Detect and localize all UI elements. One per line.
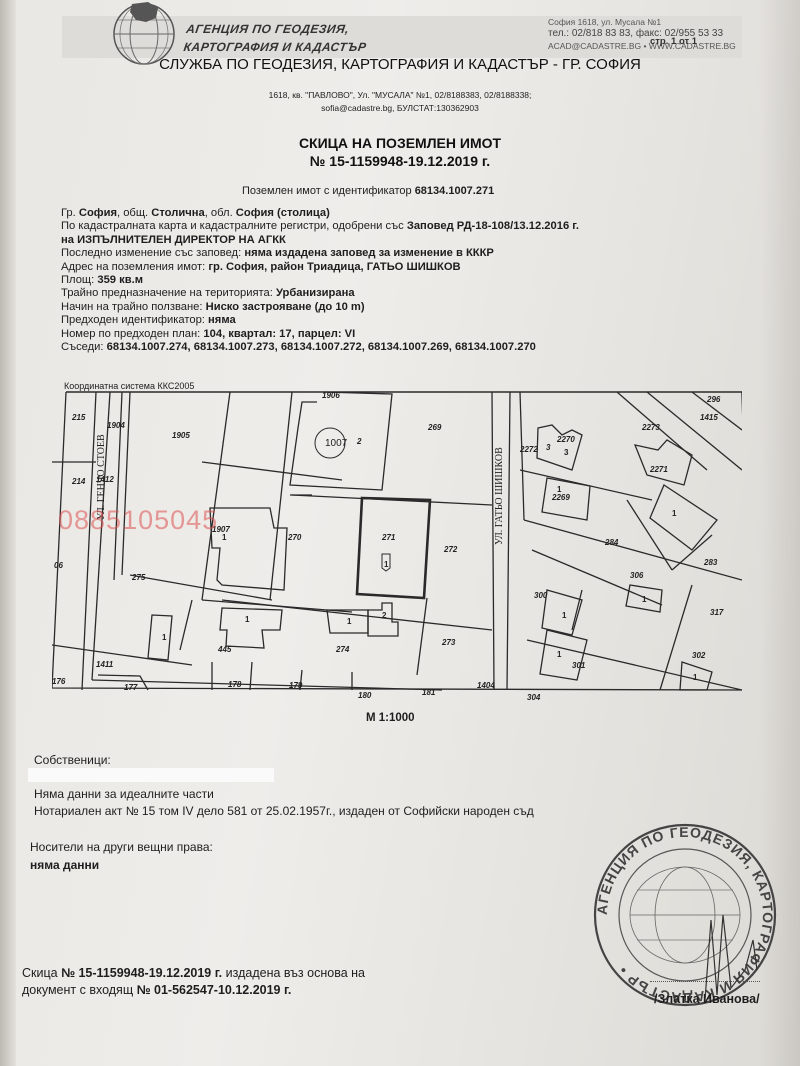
building-label: 3 — [564, 448, 569, 457]
address-row: Адрес на поземления имот: гр. София, рай… — [61, 261, 781, 274]
parcel-label: 272 — [443, 545, 458, 554]
identifier-value: 68134.1007.271 — [415, 185, 495, 197]
footer-line-2: документ с входящ № 01-562547-10.12.2019… — [22, 982, 365, 999]
building-label: 1 — [222, 533, 227, 542]
neighbors-row: Съседи: 68134.1007.274, 68134.1007.273, … — [61, 341, 781, 354]
document-title: СКИЦА НА ПОЗЕМЛЕН ИМОТ № 15-1159948-19.1… — [0, 134, 800, 170]
neighbors-list: 68134.1007.274, 68134.1007.273, 68134.10… — [107, 341, 536, 353]
parcel-label: 2271 — [649, 465, 668, 474]
parcel-label: 2270 — [556, 435, 575, 444]
contact-email-web: ACAD@CADASTRE.BG • WWW.CADASTRE.BG — [548, 40, 736, 52]
building-label: 1 — [672, 509, 677, 518]
agency-line-1: АГЕНЦИЯ ПО ГЕОДЕЗИЯ, — [185, 20, 370, 38]
building-label: 1 — [693, 673, 698, 682]
area-row: Площ: 359 кв.м — [61, 274, 781, 287]
phone-watermark: 0885105045 — [58, 505, 218, 536]
signature-line — [650, 981, 760, 982]
parcel-label: 1415 — [700, 413, 718, 422]
parcel-label: 2 — [356, 437, 362, 446]
other-rights-label: Носители на други вещни права: — [30, 838, 213, 856]
parcel-label: 306 — [630, 571, 644, 580]
page-indicator: стр. 1 от 1 — [650, 36, 697, 47]
street-label-right: УЛ. ГАТЬО ШИШКОВ — [494, 447, 505, 545]
building-label: 2 — [382, 611, 387, 620]
other-rights-value: няма данни — [30, 858, 99, 872]
map-scale: М 1:1000 — [366, 712, 415, 724]
footer-line-1: Скица № 15-1159948-19.12.2019 г. издаден… — [22, 965, 365, 982]
parcel-label: 1404 — [477, 681, 495, 690]
property-details: Гр. София, общ. Столична, обл. София (ст… — [61, 207, 781, 354]
owners-section: Собственици: Няма данни за идеалните час… — [34, 752, 534, 820]
location-row: Гр. София, общ. Столична, обл. София (ст… — [61, 207, 781, 220]
document-number: № 15-1159948-19.12.2019 г. — [0, 152, 800, 170]
parcel-label: 271 — [381, 533, 396, 542]
previous-plan-row: Номер по предходен план: 104, квартал: 1… — [61, 328, 781, 341]
parcel-label: 1904 — [107, 421, 125, 430]
redacted-owner-name — [28, 768, 274, 782]
owners-shares: Няма данни за идеалните части — [34, 786, 534, 803]
parcel-label: 214 — [71, 477, 86, 486]
other-rights-section: Носители на други вещни права: няма данн… — [30, 838, 213, 874]
building-label: 1 — [557, 485, 562, 494]
identifier-label: Поземлен имот с идентификатор — [242, 185, 412, 197]
parcel-label: 06 — [54, 561, 63, 570]
parcel-label: 274 — [335, 645, 350, 654]
parcel-label: 3 — [546, 443, 551, 452]
building-label: 1 — [245, 615, 250, 624]
parcel-label: 269 — [427, 423, 442, 432]
approval-authority-row: на ИЗПЪЛНИТЕЛЕН ДИРЕКТОР НА АГКК — [61, 234, 781, 247]
previous-identifier-row: Предходен идентификатор: няма — [61, 314, 781, 327]
parcel-label: 300 — [534, 591, 548, 600]
parcel-label: 176 — [52, 677, 66, 686]
parcel-label: 273 — [441, 638, 456, 647]
block-label: 1007 — [325, 438, 348, 449]
parcel-label: 181 — [422, 688, 436, 697]
parcel-label: 275 — [131, 573, 146, 582]
parcel-label: 180 — [358, 691, 372, 700]
parcel-label: 301 — [572, 661, 586, 670]
agency-line-2: КАРТОГРАФИЯ И КАДАСТЪР — [182, 38, 367, 56]
parcel-label: 1906 — [322, 391, 340, 400]
footer-note: Скица № 15-1159948-19.12.2019 г. издаден… — [22, 965, 365, 999]
service-address-line-1: 1618, кв. "ПАВЛОВО", Ул. "МУСАЛА" №1, 02… — [0, 89, 800, 102]
signer-name: /Златка Иванова/ — [654, 992, 760, 1006]
parcel-label: 178 — [228, 680, 242, 689]
parcel-label: 304 — [527, 693, 541, 702]
owners-deed: Нотариален акт № 15 том IV дело 581 от 2… — [34, 803, 534, 820]
purpose-row: Трайно предназначение на територията: Ур… — [61, 287, 781, 300]
property-identifier: Поземлен имот с идентификатор 68134.1007… — [242, 185, 494, 197]
building-label: 1 — [384, 560, 389, 569]
last-change-row: Последно изменение със заповед: няма изд… — [61, 247, 781, 260]
parcel-label: 283 — [703, 558, 718, 567]
parcel-label: 1905 — [172, 431, 190, 440]
cadastral-map: 2151904190519062141412190727027127226922… — [52, 390, 742, 710]
contact-address: София 1618, ул. Мусала №1 — [548, 16, 736, 28]
document-title-text: СКИЦА НА ПОЗЕМЛЕН ИМОТ — [0, 134, 800, 152]
parcel-label: 215 — [71, 413, 86, 422]
parcel-label: 296 — [706, 395, 721, 404]
parcel-label: 284 — [604, 538, 619, 547]
parcel-label: 302 — [692, 651, 706, 660]
service-address-line-2: sofia@cadastre.bg, БУЛСТАТ:130362903 — [0, 102, 800, 115]
service-name: СЛУЖБА ПО ГЕОДЕЗИЯ, КАРТОГРАФИЯ И КАДАСТ… — [0, 56, 800, 73]
parcel-label: 1411 — [96, 660, 114, 669]
parcel-label: 2272 — [519, 445, 538, 454]
agency-name: АГЕНЦИЯ ПО ГЕОДЕЗИЯ, КАРТОГРАФИЯ И КАДАС… — [182, 20, 370, 56]
owners-label: Собственици: — [34, 752, 534, 769]
usage-row: Начин на трайно ползване: Ниско застрояв… — [61, 301, 781, 314]
parcel-label: 445 — [217, 645, 232, 654]
building-label: 1 — [347, 617, 352, 626]
contact-phone: тел.: 02/818 83 83, факс: 02/955 53 33 — [548, 28, 736, 40]
agency-contact: София 1618, ул. Мусала №1 тел.: 02/818 8… — [548, 16, 736, 52]
parcel-label: 179 — [289, 681, 303, 690]
building-label: 1 — [557, 650, 562, 659]
building-label: 1 — [562, 611, 567, 620]
parcel-label: 177 — [124, 683, 138, 692]
building-label: 1 — [642, 595, 647, 604]
service-address: 1618, кв. "ПАВЛОВО", Ул. "МУСАЛА" №1, 02… — [0, 89, 800, 115]
parcel-label: 2273 — [641, 423, 660, 432]
approval-row: По кадастралната карта и кадастралните р… — [61, 220, 781, 233]
parcel-label: 317 — [710, 608, 724, 617]
parcel-label: 270 — [287, 533, 302, 542]
parcel-label: 2269 — [551, 493, 570, 502]
building-label: 1 — [162, 633, 167, 642]
